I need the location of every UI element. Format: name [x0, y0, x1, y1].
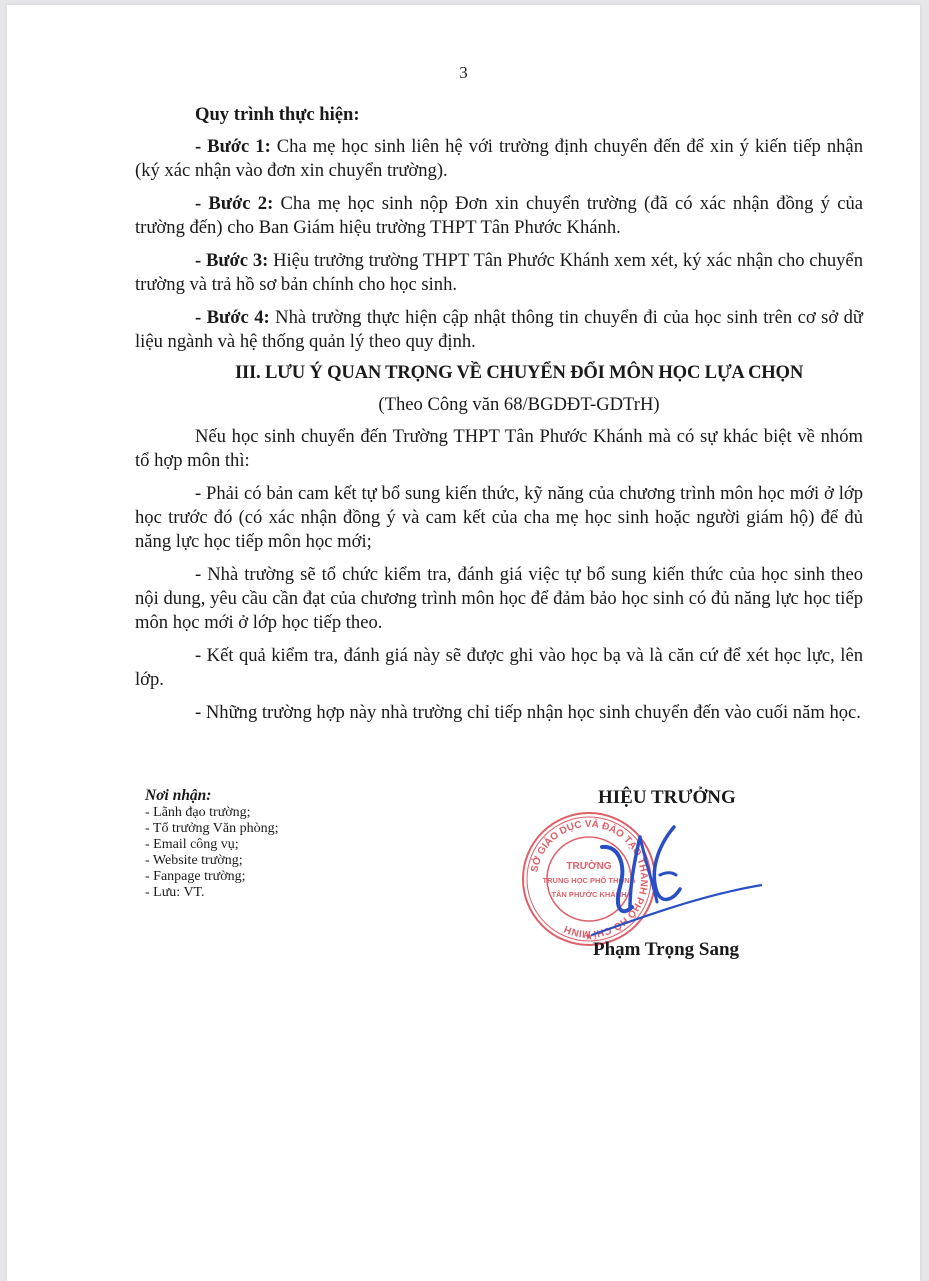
section-3-title: III. LƯU Ý QUAN TRỌNG VỀ CHUYỂN ĐỔI MÔN …: [135, 361, 863, 385]
recipient-item: - Website trường;: [145, 853, 278, 869]
step-label: - Bước 2:: [195, 193, 273, 214]
document-page: 3 Quy trình thực hiện: - Bước 1: Cha mẹ …: [7, 5, 920, 1281]
recipient-item: - Tổ trưởng Văn phòng;: [145, 821, 278, 837]
recipient-item: - Email công vụ;: [145, 837, 278, 853]
recipients-list: - Lãnh đạo trường; - Tổ trưởng Văn phòng…: [145, 805, 278, 901]
procedure-step-1: - Bước 1: Cha mẹ học sinh liên hệ với tr…: [135, 135, 863, 183]
procedure-step-3: - Bước 3: Hiệu trưởng trường THPT Tân Ph…: [135, 249, 863, 297]
procedure-step-2: - Bước 2: Cha mẹ học sinh nộp Đơn xin ch…: [135, 192, 863, 240]
step-label: - Bước 4:: [195, 307, 270, 328]
recipient-item: - Fanpage trường;: [145, 869, 278, 885]
recipients-block: Nơi nhận: - Lãnh đạo trường; - Tổ trưởng…: [145, 788, 278, 901]
section-3-item-2: - Nhà trường sẽ tổ chức kiểm tra, đánh g…: [135, 563, 863, 635]
procedure-step-4: - Bước 4: Nhà trường thực hiện cập nhật …: [135, 306, 863, 354]
recipient-item: - Lãnh đạo trường;: [145, 805, 278, 821]
procedure-heading: Quy trình thực hiện:: [135, 103, 863, 127]
section-3-item-4: - Những trường hợp này nhà trường chỉ ti…: [135, 701, 863, 725]
signature-block: HIỆU TRƯỞNG SỞ GIÁO DỤC VÀ ĐÀO TẠO THÀNH…: [507, 787, 807, 977]
handwritten-signature-icon: [562, 817, 762, 942]
step-label: - Bước 3:: [195, 250, 268, 271]
section-3-subtitle: (Theo Công văn 68/BGDĐT-GDTrH): [135, 393, 863, 417]
recipients-title: Nơi nhận:: [145, 788, 278, 804]
section-3-item-3: - Kết quả kiểm tra, đánh giá này sẽ được…: [135, 644, 863, 692]
document-body: Quy trình thực hiện: - Bước 1: Cha mẹ họ…: [135, 103, 863, 734]
signer-name: Phạm Trọng Sang: [593, 939, 739, 961]
step-label: - Bước 1:: [195, 136, 271, 157]
recipient-item: - Lưu: VT.: [145, 885, 278, 901]
section-3-item-1: - Phải có bản cam kết tự bổ sung kiến th…: [135, 482, 863, 554]
signer-title: HIỆU TRƯỞNG: [598, 787, 736, 809]
page-number: 3: [7, 63, 920, 83]
section-3-intro: Nếu học sinh chuyển đến Trường THPT Tân …: [135, 425, 863, 473]
